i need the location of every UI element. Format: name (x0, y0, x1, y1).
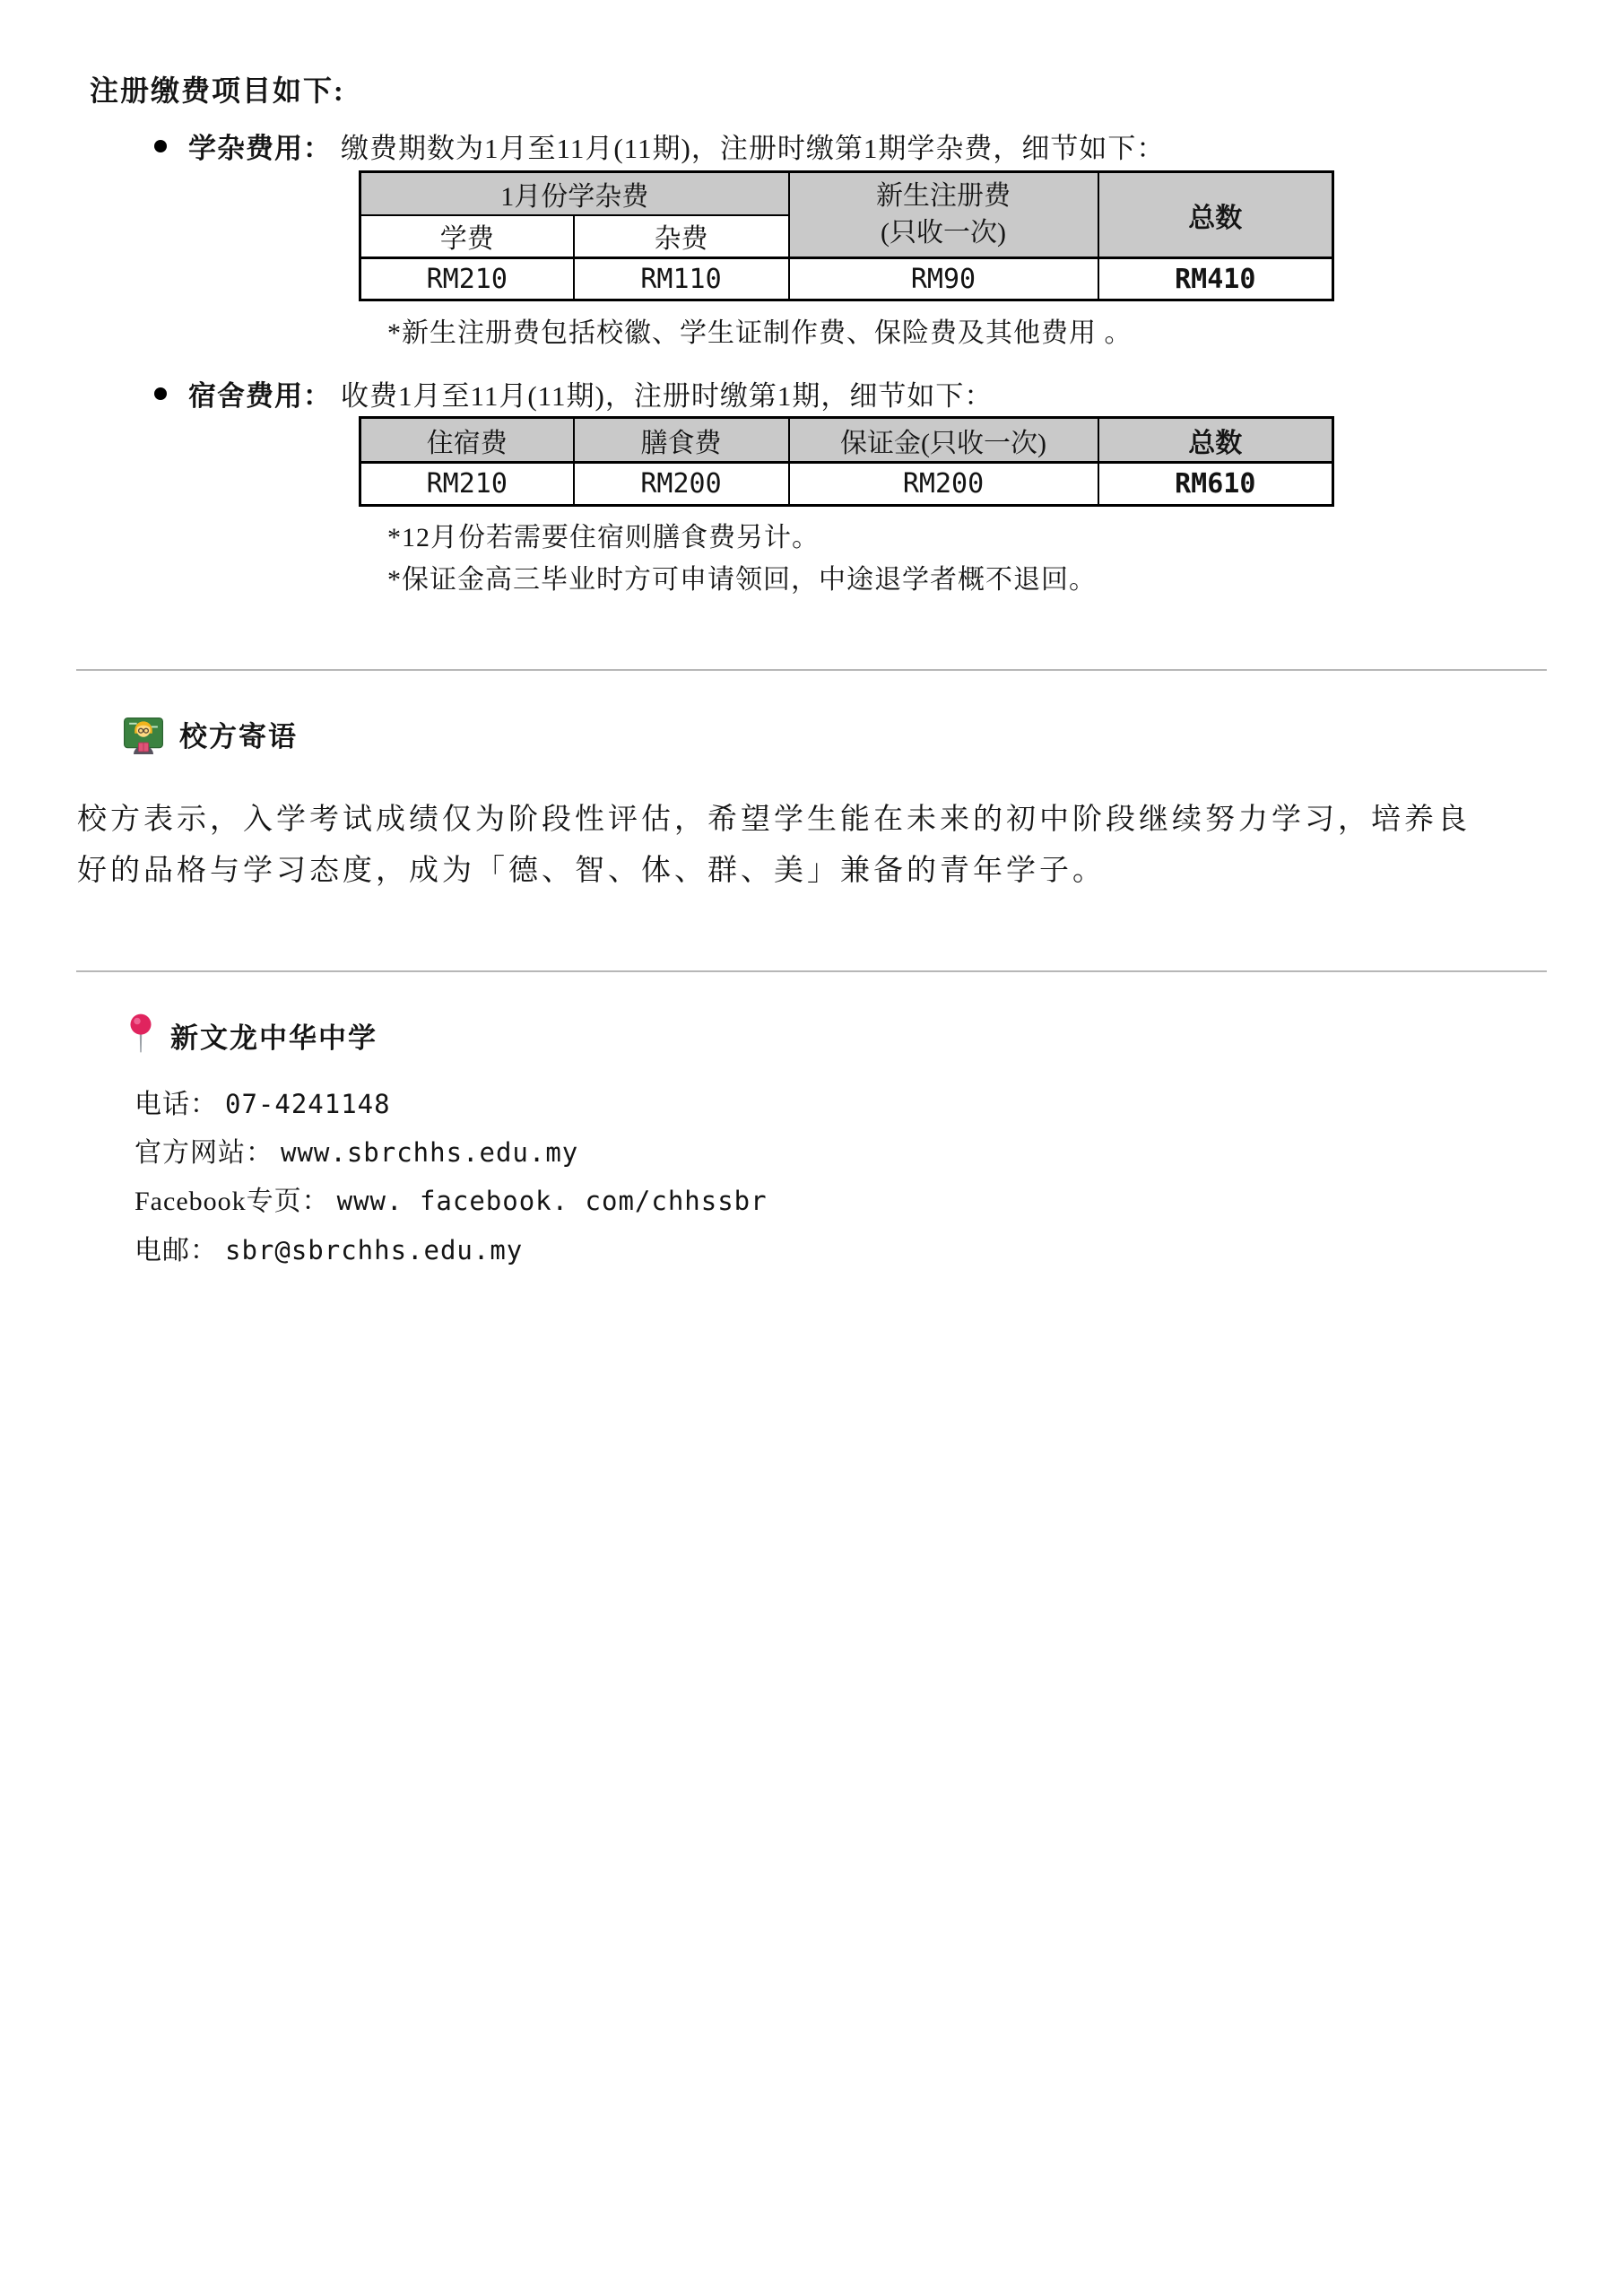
cell-subheader-tuition: 学费 (360, 215, 574, 258)
bullet-text: 收费1月至11月(11期)，注册时缴第1期，细节如下： (341, 373, 993, 413)
school-contact-heading: 新文龙中华中学 (127, 1012, 378, 1058)
cell-new-student-header: 新生注册费 (只收一次) (789, 172, 1098, 258)
tuition-table-footnote: *新生注册费包括校徽、学生证制作费、保险费及其他费用 。 (387, 310, 1133, 350)
contact-value-phone: 07-4241148 (225, 1089, 391, 1119)
section-divider (76, 970, 1547, 972)
cell-total-value: RM610 (1098, 463, 1333, 506)
school-message-body: 校方表示，入学考试成绩仅为阶段性评估，希望学生能在未来的初中阶段继续努力学习，培… (77, 795, 1601, 897)
contact-website-row: 官方网站： www.sbrchhs.edu.my (135, 1130, 578, 1170)
cell-total-header: 总数 (1098, 172, 1333, 258)
page-title: 注册缴费项目如下: (90, 68, 345, 109)
contact-facebook-row: Facebook专页： www. facebook. com/chhssbr (135, 1178, 768, 1218)
contact-value-email: sbr@sbrchhs.edu.my (225, 1235, 523, 1265)
bullet-icon (154, 140, 167, 152)
list-item-tuition-fees: 学杂费用： 缴费期数为1月至11月(11期)，注册时缴第1期学杂费，细节如下： (154, 126, 1165, 166)
cell-subheader-misc: 杂费 (574, 215, 789, 258)
hostel-table-footnote-2: *保证金高三毕业时方可申请领回，中途退学者概不退回。 (387, 557, 1097, 596)
cell-value: RM210 (360, 463, 574, 506)
cell-header-meals: 膳食费 (574, 418, 789, 463)
cell-value: RM210 (360, 258, 574, 300)
contact-label: 电话： (135, 1082, 218, 1121)
round-pushpin-icon (127, 1012, 154, 1058)
cell-total-value: RM410 (1098, 258, 1333, 300)
cell-header-deposit: 保证金(只收一次) (789, 418, 1098, 463)
cell-value: RM200 (789, 463, 1098, 506)
contact-label: Facebook专页： (135, 1178, 330, 1218)
contact-label: 官方网站： (135, 1130, 273, 1170)
school-message-heading: 校方寄语 (124, 714, 298, 754)
document-page: 注册缴费项目如下: 学杂费用： 缴费期数为1月至11月(11期)，注册时缴第1期… (0, 0, 1623, 2296)
list-item-hostel-fees: 宿舍费用： 收费1月至11月(11期)，注册时缴第1期，细节如下： (154, 373, 993, 413)
cell-value: RM200 (574, 463, 789, 506)
cell-header-lodging: 住宿费 (360, 418, 574, 463)
section-divider (76, 669, 1547, 671)
contact-value-facebook: www. facebook. com/chhssbr (337, 1186, 768, 1216)
school-name: 新文龙中华中学 (170, 1015, 378, 1056)
teacher-emoji-icon (124, 715, 163, 754)
tuition-fee-table: 1月份学杂费 新生注册费 (只收一次) 总数 学费 杂费 RM210 RM110… (359, 170, 1334, 301)
cell-group-header: 1月份学杂费 (360, 172, 789, 215)
contact-phone-row: 电话： 07-4241148 (135, 1082, 391, 1121)
contact-email-row: 电邮： sbr@sbrchhs.edu.my (135, 1228, 523, 1267)
contact-label: 电邮： (135, 1228, 218, 1267)
contact-value-website: www.sbrchhs.edu.my (281, 1137, 578, 1168)
section-heading-text: 校方寄语 (179, 714, 298, 754)
bullet-text: 缴费期数为1月至11月(11期)，注册时缴第1期学杂费，细节如下： (341, 126, 1165, 166)
cell-value: RM90 (789, 258, 1098, 300)
cell-value: RM110 (574, 258, 789, 300)
hostel-table-footnote-1: *12月份若需要住宿则膳食费另计。 (387, 515, 820, 554)
bullet-icon (154, 387, 167, 400)
bullet-label: 宿舍费用： (188, 373, 332, 413)
bullet-label: 学杂费用： (188, 126, 332, 166)
hostel-fee-table: 住宿费 膳食费 保证金(只收一次) 总数 RM210 RM200 RM200 R… (359, 416, 1334, 507)
cell-total-header: 总数 (1098, 418, 1333, 463)
